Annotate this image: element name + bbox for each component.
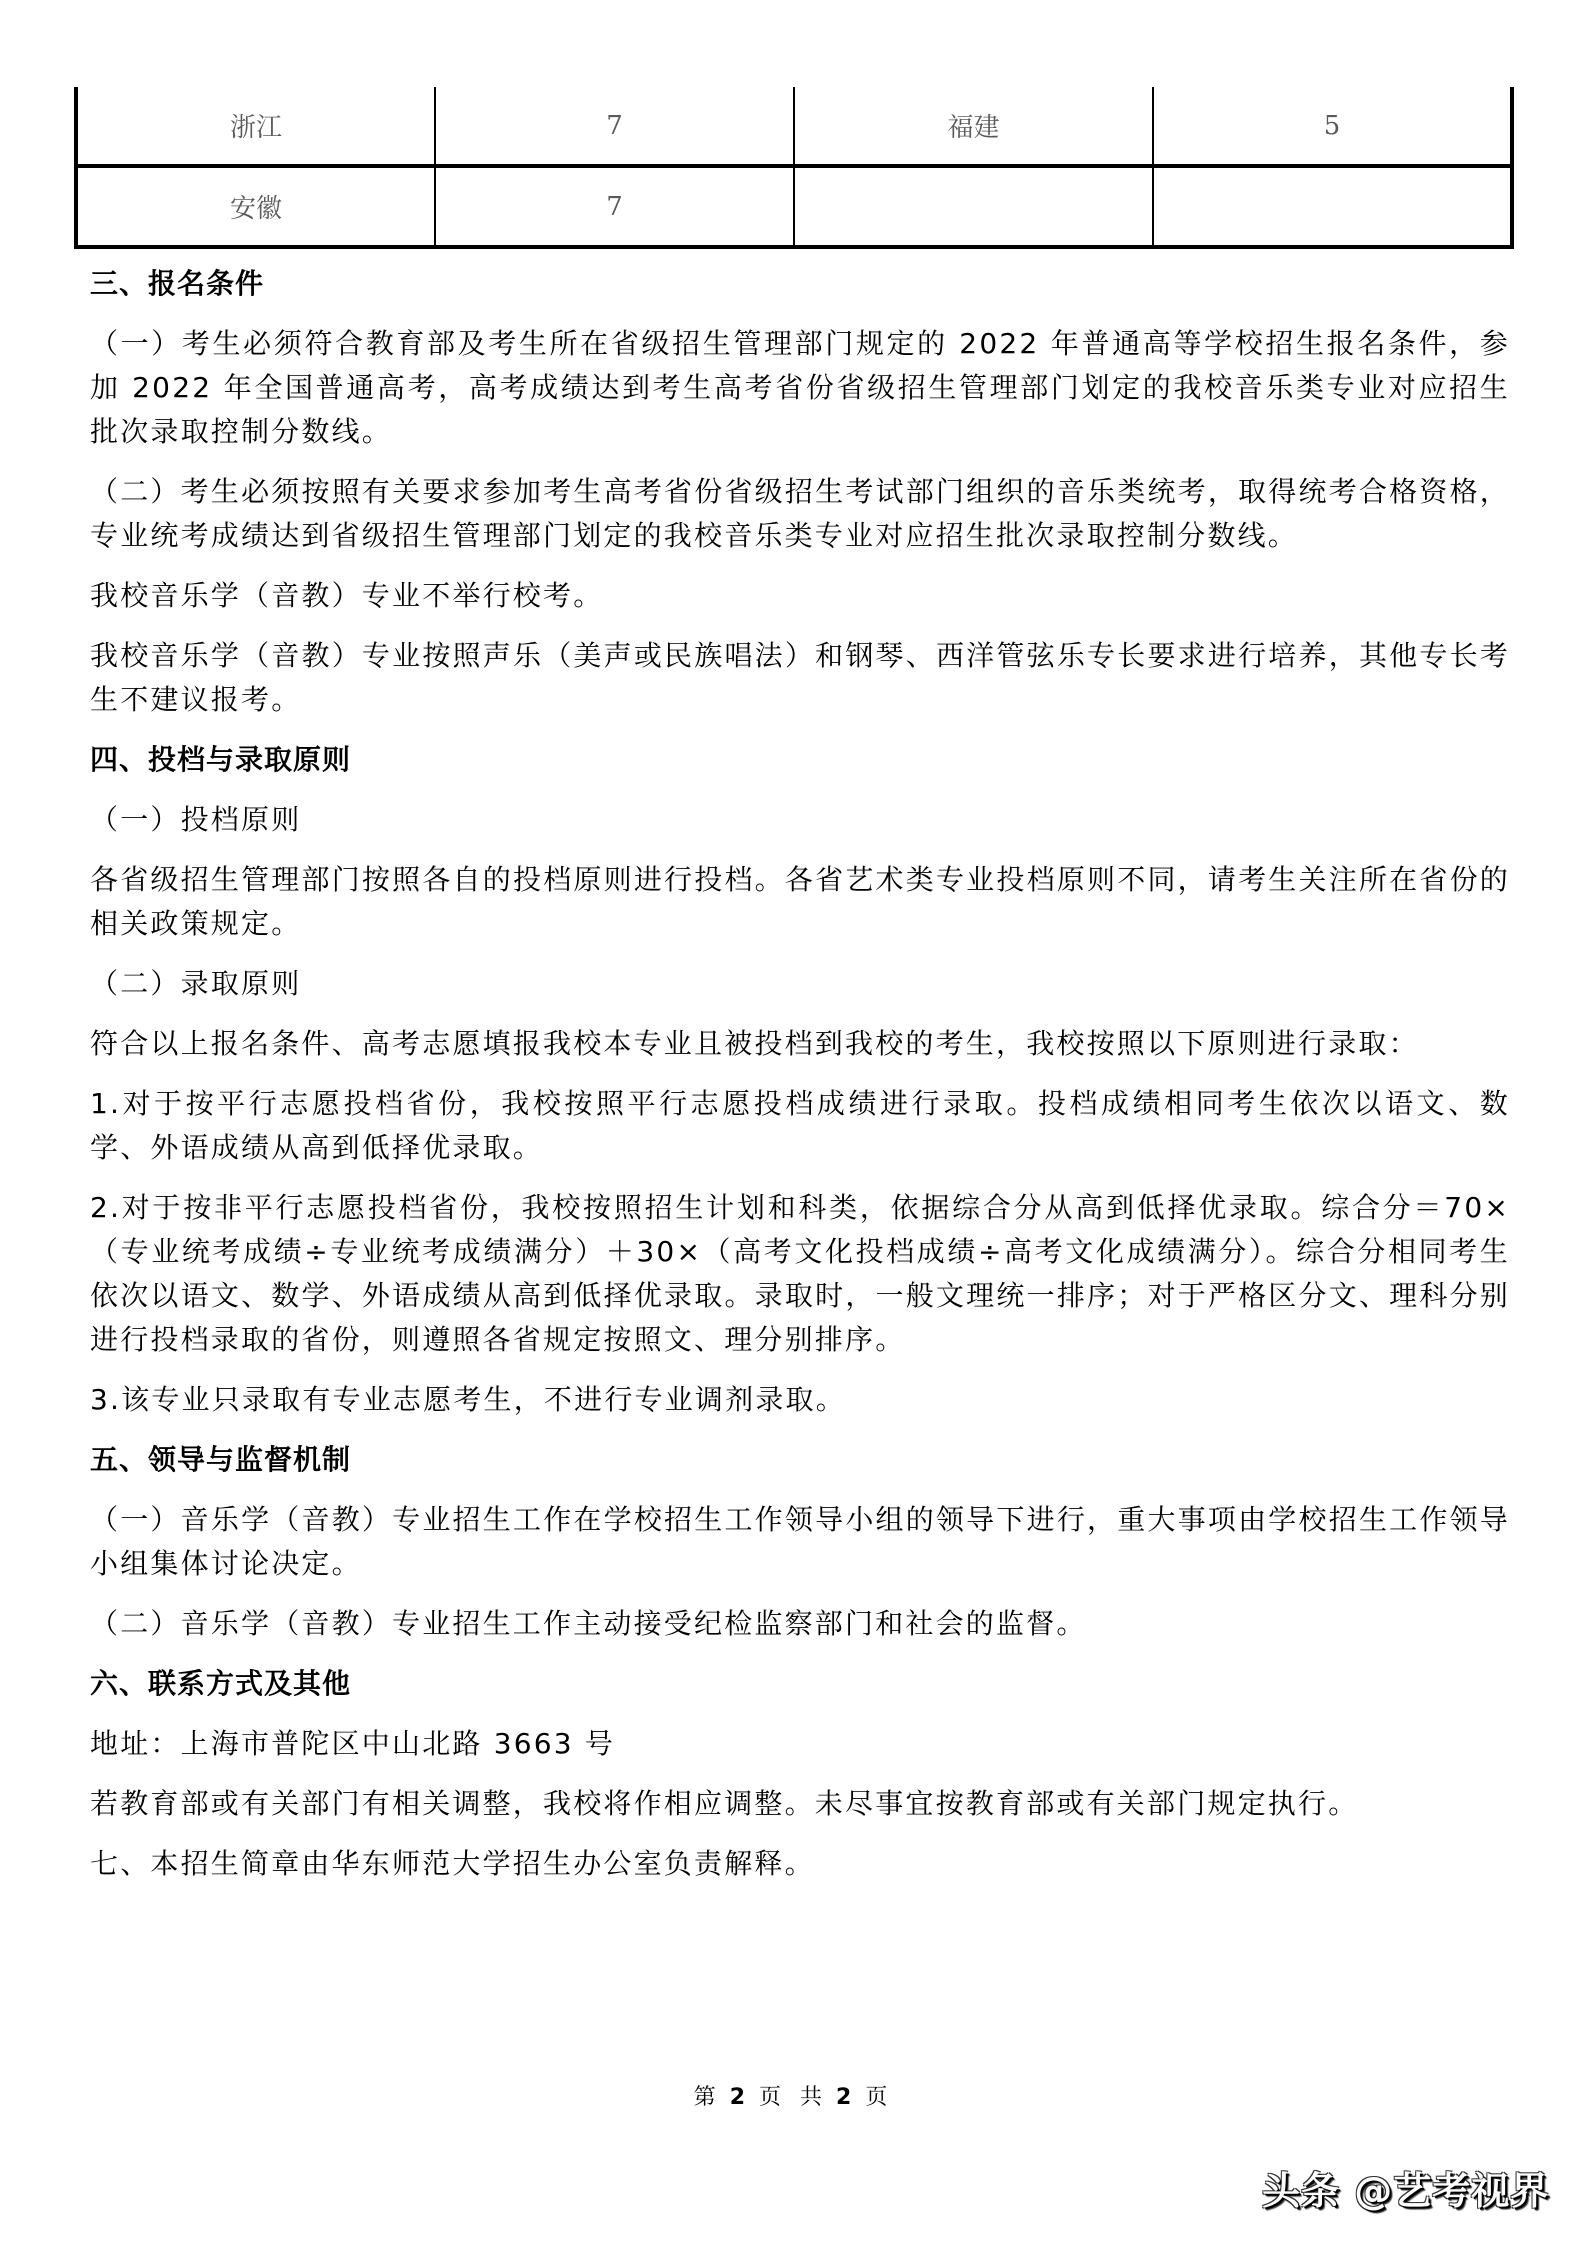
table-cell-empty: [1153, 166, 1512, 247]
table-cell-province: 浙江: [76, 87, 435, 166]
table-row: 浙江 7 福建 5: [76, 87, 1512, 166]
list-item: 1.对于按平行志愿投档省份，我校按照平行志愿投档成绩进行录取。投档成绩相同考生依…: [90, 1082, 1510, 1170]
page-number-footer: 第2页 共2页: [0, 2080, 1587, 2111]
list-item: 3.该专业只录取有专业志愿考生，不进行专业调剂录取。: [90, 1378, 1510, 1422]
section-heading-contact: 六、联系方式及其他: [90, 1662, 1510, 1706]
table-cell-quota: 5: [1153, 87, 1512, 166]
paragraph: 若教育部或有关部门有相关调整，我校将作相应调整。未尽事宜按教育部或有关部门规定执…: [90, 1782, 1510, 1826]
quota-table: 浙江 7 福建 5 安徽 7: [74, 87, 1514, 249]
table-cell-province: 安徽: [76, 166, 435, 247]
table-cell-province: 福建: [794, 87, 1153, 166]
paragraph: 符合以上报名条件、高考志愿填报我校本专业且被投档到我校的考生，我校按照以下原则进…: [90, 1022, 1510, 1066]
sub-heading-admission-principle: （二）录取原则: [90, 962, 1510, 1006]
section-heading-registration: 三、报名条件: [90, 262, 1510, 306]
document-page: 浙江 7 福建 5 安徽 7 三、报名条件 （一）考生必须符合教育部及考生所在省…: [0, 0, 1587, 2245]
watermark: 头条 @艺考视界: [1262, 2160, 1549, 2215]
address-text: 地址：上海市普陀区中山北路 3663 号: [90, 1722, 1510, 1766]
footer-suffix: 页: [865, 2085, 893, 2110]
list-item: 2.对于按非平行志愿投档省份，我校按照招生计划和科类，依据综合分从高到低择优录取…: [90, 1186, 1510, 1362]
paragraph: （一）音乐学（音教）专业招生工作在学校招生工作领导小组的领导下进行，重大事项由学…: [90, 1498, 1510, 1586]
table-row: 安徽 7: [76, 166, 1512, 247]
paragraph: （二）考生必须按照有关要求参加考生高考省份省级招生考试部门组织的音乐类统考，取得…: [90, 470, 1510, 558]
section-heading-admission-principles: 四、投档与录取原则: [90, 738, 1510, 782]
total-page-number: 2: [836, 2085, 857, 2110]
paragraph: （一）考生必须符合教育部及考生所在省级招生管理部门规定的 2022 年普通高等学…: [90, 322, 1510, 454]
current-page-number: 2: [730, 2085, 751, 2110]
sub-heading-filing-principle: （一）投档原则: [90, 798, 1510, 842]
paragraph: 我校音乐学（音教）专业不举行校考。: [90, 574, 1510, 618]
footer-middle: 页 共: [759, 2085, 828, 2110]
table-cell-empty: [794, 166, 1153, 247]
document-body: 三、报名条件 （一）考生必须符合教育部及考生所在省级招生管理部门规定的 2022…: [90, 262, 1510, 1902]
paragraph: （二）音乐学（音教）专业招生工作主动接受纪检监察部门和社会的监督。: [90, 1602, 1510, 1646]
section-heading-supervision: 五、领导与监督机制: [90, 1438, 1510, 1482]
interpretation-statement: 七、本招生简章由华东师范大学招生办公室负责解释。: [90, 1842, 1510, 1886]
paragraph: 我校音乐学（音教）专业按照声乐（美声或民族唱法）和钢琴、西洋管弦乐专长要求进行培…: [90, 634, 1510, 722]
table-cell-quota: 7: [435, 87, 794, 166]
table-cell-quota: 7: [435, 166, 794, 247]
footer-prefix: 第: [694, 2085, 722, 2110]
paragraph: 各省级招生管理部门按照各自的投档原则进行投档。各省艺术类专业投档原则不同，请考生…: [90, 858, 1510, 946]
